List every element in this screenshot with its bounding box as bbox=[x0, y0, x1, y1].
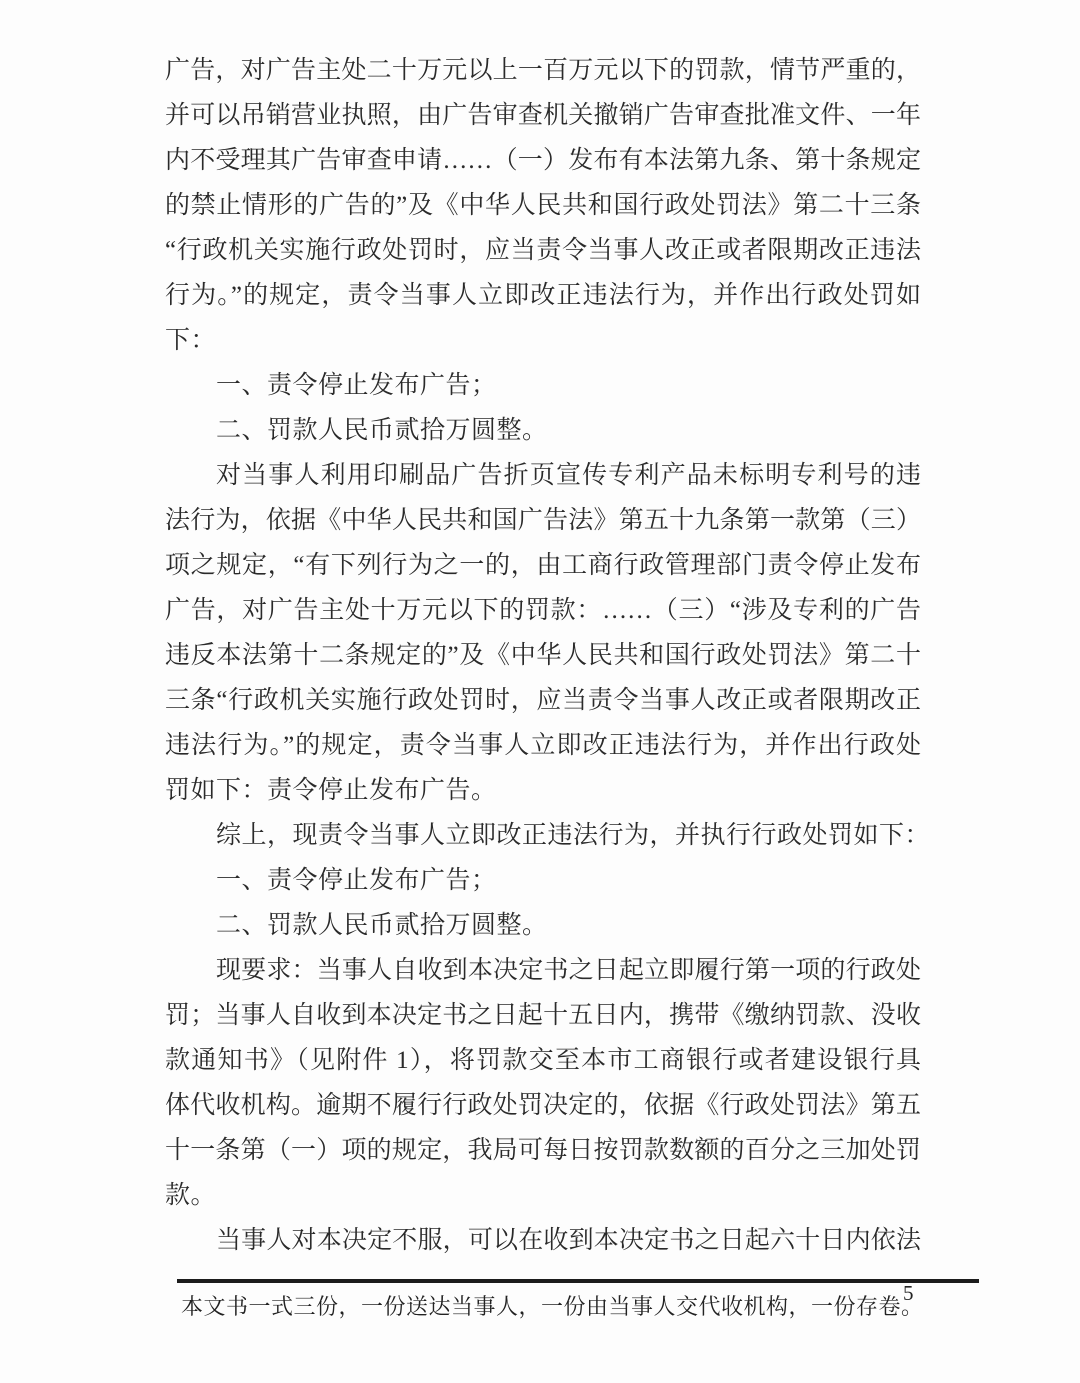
text-line: 的禁止情形的广告的”及《中华人民共和国行政处罚法》第二十三条 bbox=[165, 183, 921, 228]
text-line: 体代收机构。逾期不履行行政处罚决定的，依据《行政处罚法》第五 bbox=[165, 1083, 921, 1128]
text-line: “行政机关实施行政处罚时，应当责令当事人改正或者限期改正违法 bbox=[165, 228, 921, 273]
document-page: 广告，对广告主处二十万元以上一百万元以下的罚款，情节严重的，并可以吊销营业执照，… bbox=[0, 0, 1080, 1383]
text-line: 对当事人利用印刷品广告折页宣传专利产品未标明专利号的违 bbox=[165, 453, 921, 498]
footer-note: 本文书一式三份，一份送达当事人，一份由当事人交代收机构，一份存卷。 bbox=[181, 1291, 924, 1323]
text-line: 二、罚款人民币贰拾万圆整。 bbox=[165, 903, 921, 948]
text-line: 内不受理其广告审查申请……（一）发布有本法第九条、第十条规定 bbox=[165, 138, 921, 183]
text-line: 广告，对广告主处十万元以下的罚款：……（三）“涉及专利的广告 bbox=[165, 588, 921, 633]
text-line: 法行为，依据《中华人民共和国广告法》第五十九条第一款第（三） bbox=[165, 498, 921, 543]
text-line: 十一条第（一）项的规定，我局可每日按罚款数额的百分之三加处罚 bbox=[165, 1128, 921, 1173]
text-line: 罚；当事人自收到本决定书之日起十五日内，携带《缴纳罚款、没收 bbox=[165, 993, 921, 1038]
text-line: 三条“行政机关实施行政处罚时，应当责令当事人改正或者限期改正 bbox=[165, 678, 921, 723]
text-line: 违法行为。”的规定，责令当事人立即改正违法行为，并作出行政处 bbox=[165, 723, 921, 768]
text-line: 二、罚款人民币贰拾万圆整。 bbox=[165, 408, 921, 453]
text-line: 款通知书》（见附件 1），将罚款交至本市工商银行或者建设银行具 bbox=[165, 1038, 921, 1083]
text-line: 一、责令停止发布广告； bbox=[165, 858, 921, 903]
text-line: 违反本法第十二条规定的”及《中华人民共和国行政处罚法》第二十 bbox=[165, 633, 921, 678]
text-line: 款。 bbox=[165, 1173, 921, 1218]
text-line: 现要求：当事人自收到本决定书之日起立即履行第一项的行政处 bbox=[165, 948, 921, 993]
text-line: 行为。”的规定，责令当事人立即改正违法行为，并作出行政处罚如 bbox=[165, 273, 921, 318]
page-number: 5 bbox=[903, 1281, 914, 1306]
text-line: 一、责令停止发布广告； bbox=[165, 363, 921, 408]
text-line: 当事人对本决定不服，可以在收到本决定书之日起六十日内依法 bbox=[165, 1218, 921, 1263]
document-body: 广告，对广告主处二十万元以上一百万元以下的罚款，情节严重的，并可以吊销营业执照，… bbox=[165, 48, 921, 1263]
text-line: 广告，对广告主处二十万元以上一百万元以下的罚款，情节严重的， bbox=[165, 48, 921, 93]
text-line: 罚如下：责令停止发布广告。 bbox=[165, 768, 921, 813]
text-line: 项之规定，“有下列行为之一的，由工商行政管理部门责令停止发布 bbox=[165, 543, 921, 588]
footnote-rule bbox=[177, 1279, 979, 1283]
text-line: 下： bbox=[165, 318, 921, 363]
text-line: 并可以吊销营业执照，由广告审查机关撤销广告审查批准文件、一年 bbox=[165, 93, 921, 138]
text-line: 综上，现责令当事人立即改正违法行为，并执行行政处罚如下： bbox=[165, 813, 921, 858]
